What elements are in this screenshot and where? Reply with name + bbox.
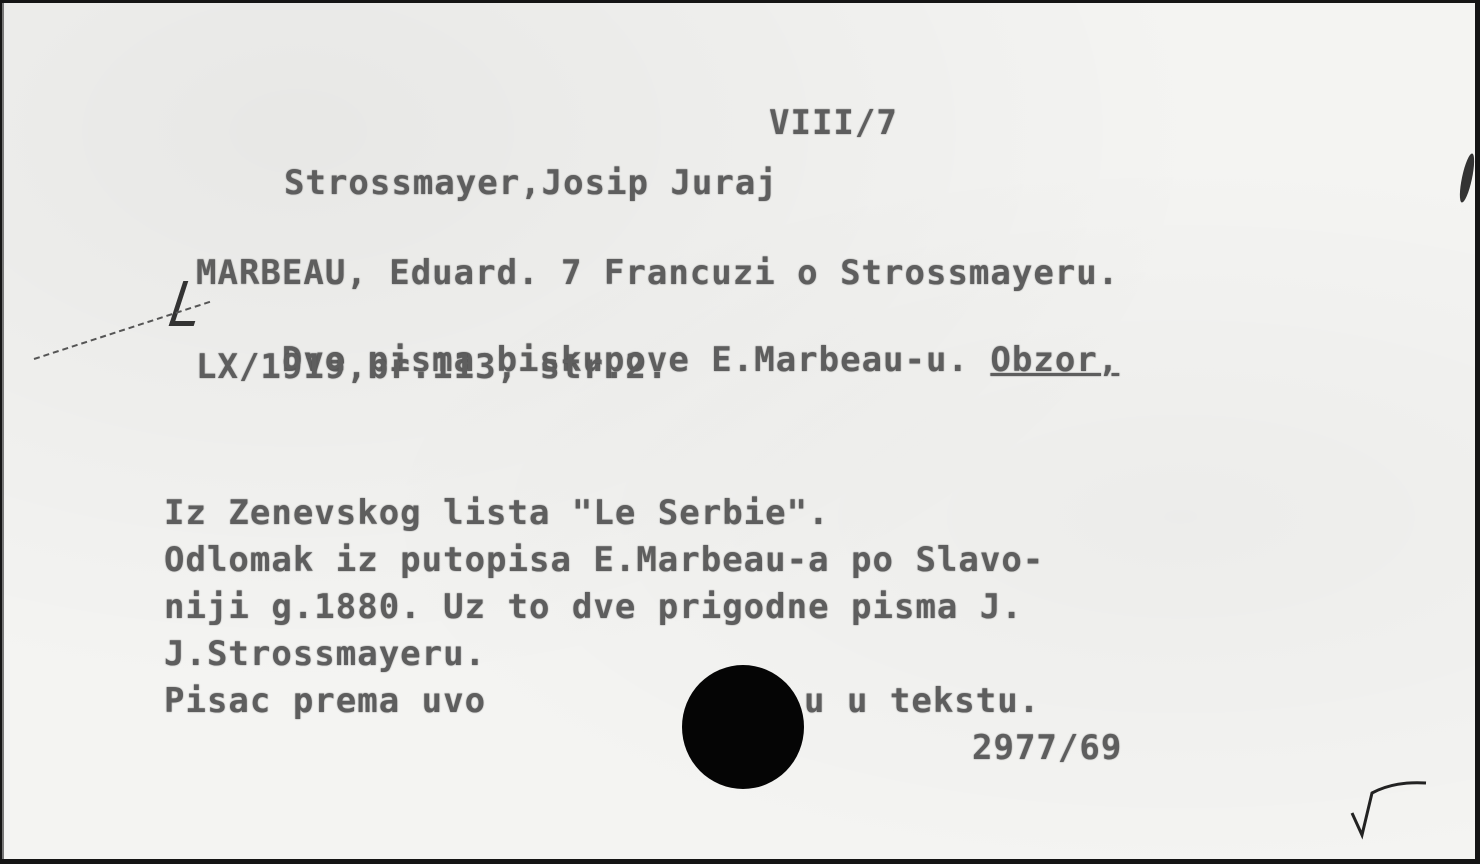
edge-ink-mark [1457,153,1477,204]
subject-heading: Strossmayer,Josip Juraj [284,163,778,203]
call-number: VIII/7 [769,103,898,143]
note-line-5a: Pisac prema uvo [164,681,486,721]
check-mark-icon [1344,773,1434,843]
accession-number: 2977/69 [972,728,1122,768]
catalog-card: VIII/7 Strossmayer,Josip Juraj MARBEAU, … [2,3,1475,859]
note-line-1: Iz Zenevskog lista "Le Serbie". [164,493,830,533]
note-line-2: Odlomak iz putopisa E.Marbeau-a po Slavo… [164,540,1044,580]
punch-hole [682,665,804,789]
journal-title: Obzor, [990,340,1119,380]
pencil-dash-line [34,301,211,360]
note-line-5b: u u tekstu. [804,681,1040,721]
note-line-4: J.Strossmayeru. [164,634,486,674]
note-line-3: niji g.1880. Uz to dve prigodne pisma J. [164,587,1023,627]
entry-line-3: LX/1919,br.113, str.2. [196,347,668,387]
entry-line-1: MARBEAU, Eduard. 7 Francuzi o Strossmaye… [196,253,1119,293]
